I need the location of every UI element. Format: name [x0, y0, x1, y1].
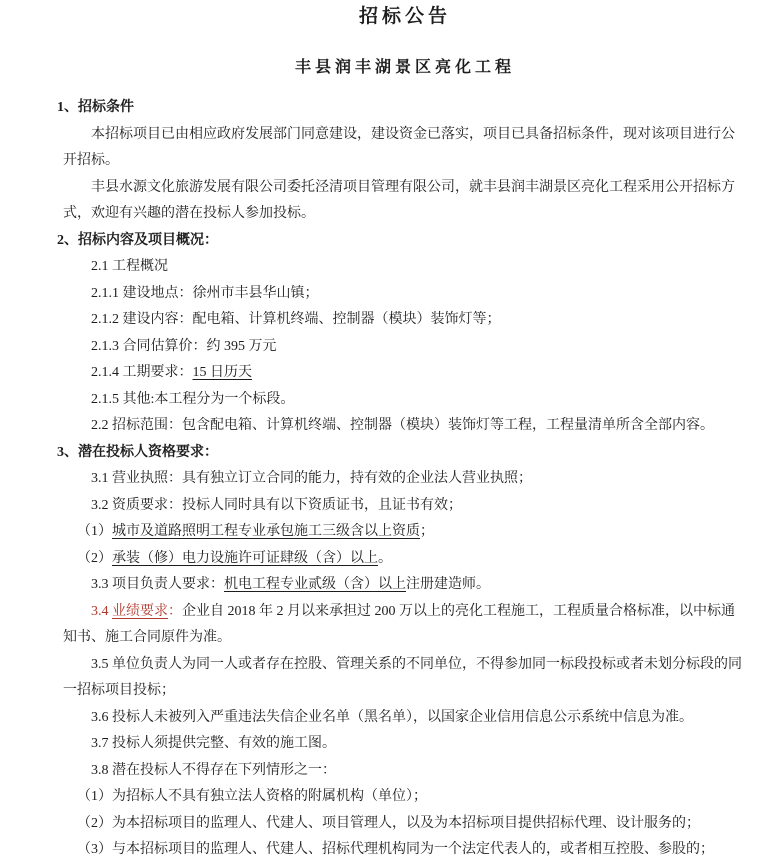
paragraph: 3.1 营业执照：具有独立订立合同的能力，持有效的企业法人营业执照； — [63, 466, 747, 493]
text-segment: 业绩要求 — [112, 604, 168, 619]
text-segment: 3.6 投标人未被列入严重违法失信企业名单（黑名单），以国家企业信用信息公示系统… — [91, 710, 693, 725]
text-segment: （3）与本招标项目的监理人、代建人、招标代理机构同为一个法定代表人的，或者相互控… — [77, 842, 714, 857]
paragraph: 3.8 潜在投标人不得存在下列情形之一： — [63, 758, 747, 785]
text-segment: 3.3 项目负责人要求： — [91, 577, 224, 592]
text-segment: （2） — [77, 551, 112, 566]
paragraph: 2.1.3 合同估算价：约 395 万元 — [63, 334, 747, 361]
text-segment: 2.1.4 工期要求： — [91, 365, 193, 380]
paragraph: 2.1.5 其他:本工程分为一个标段。 — [63, 387, 747, 414]
paragraph: 2.1.4 工期要求：15 日历天 — [63, 360, 747, 387]
text-segment: 机电工程专业贰级（含）以上 — [224, 577, 406, 592]
text-segment: 2.1.5 其他:本工程分为一个标段。 — [91, 392, 294, 407]
paragraph: （1）城市及道路照明工程专业承包施工三级含以上资质； — [63, 519, 747, 546]
paragraph: （3）与本招标项目的监理人、代建人、招标代理机构同为一个法定代表人的，或者相互控… — [63, 837, 747, 858]
document-title: 招标公告 — [63, 5, 747, 29]
tender-announcement-document: 招标公告 丰县润丰湖景区亮化工程 1、招标条件本招标项目已由相应政府发展部门同意… — [0, 0, 760, 858]
text-segment: 城市及道路照明工程专业承包施工三级含以上资质 — [112, 524, 420, 539]
text-segment: 3.7 投标人须提供完整、有效的施工图。 — [91, 736, 336, 751]
text-segment: 注册建造师。 — [406, 577, 490, 592]
paragraph: 3.4 业绩要求：企业自 2018 年 2 月以来承担过 200 万以上的亮化工… — [63, 599, 747, 652]
text-segment: 2、招标内容及项目概况： — [57, 233, 218, 248]
paragraph: （1）为招标人不具有独立法人资格的附属机构（单位）； — [63, 784, 747, 811]
text-segment: 承装（修）电力设施许可证肆级（含）以上 — [112, 551, 378, 566]
section-heading: 3、潜在投标人资格要求： — [57, 440, 747, 467]
text-segment: 丰县水源文化旅游发展有限公司委托泾清项目管理有限公司，就丰县润丰湖景区亮化工程采… — [63, 180, 735, 222]
text-segment: 2.1.2 建设内容：配电箱、计算机终端、控制器（模块）装饰灯等； — [91, 312, 501, 327]
paragraph: 3.7 投标人须提供完整、有效的施工图。 — [63, 731, 747, 758]
text-segment: 2.2 招标范围：包含配电箱、计算机终端、控制器（模块）装饰灯等工程，工程量清单… — [91, 418, 714, 433]
text-segment: 2.1.3 合同估算价：约 395 万元 — [91, 339, 277, 354]
section-heading: 1、招标条件 — [57, 95, 747, 122]
text-segment: 3.2 资质要求：投标人同时具有以下资质证书，且证书有效； — [91, 498, 462, 513]
text-segment: 3.5 单位负责人为同一人或者存在控股、管理关系的不同单位，不得参加同一标段投标… — [63, 657, 742, 699]
paragraph: 2.1.1 建设地点：徐州市丰县华山镇； — [63, 281, 747, 308]
document-subtitle: 丰县润丰湖景区亮化工程 — [63, 57, 747, 79]
text-segment: ； — [420, 524, 434, 539]
paragraph: 2.1 工程概况 — [63, 254, 747, 281]
paragraph: 2.1.2 建设内容：配电箱、计算机终端、控制器（模块）装饰灯等； — [63, 307, 747, 334]
text-segment: 本招标项目已由相应政府发展部门同意建设，建设资金已落实，项目已具备招标条件，现对… — [63, 127, 735, 169]
section-heading: 2、招标内容及项目概况： — [57, 228, 747, 255]
text-segment: 3.8 潜在投标人不得存在下列情形之一： — [91, 763, 336, 778]
text-segment: （2）为本招标项目的监理人、代建人、项目管理人，以及为本招标项目提供招标代理、设… — [77, 816, 700, 831]
text-segment: 2.1.1 建设地点：徐州市丰县华山镇； — [91, 286, 319, 301]
text-segment: （1）为招标人不具有独立法人资格的附属机构（单位）； — [77, 789, 427, 804]
paragraph: 3.3 项目负责人要求：机电工程专业贰级（含）以上注册建造师。 — [63, 572, 747, 599]
paragraph: 3.2 资质要求：投标人同时具有以下资质证书，且证书有效； — [63, 493, 747, 520]
text-segment: 3、潜在投标人资格要求： — [57, 445, 218, 460]
paragraph: （2）为本招标项目的监理人、代建人、项目管理人，以及为本招标项目提供招标代理、设… — [63, 811, 747, 838]
paragraph: 3.5 单位负责人为同一人或者存在控股、管理关系的不同单位，不得参加同一标段投标… — [63, 652, 747, 705]
paragraph: 本招标项目已由相应政府发展部门同意建设，建设资金已落实，项目已具备招标条件，现对… — [63, 122, 747, 175]
text-segment: 3.1 营业执照：具有独立订立合同的能力，持有效的企业法人营业执照； — [91, 471, 532, 486]
paragraph: 3.6 投标人未被列入严重违法失信企业名单（黑名单），以国家企业信用信息公示系统… — [63, 705, 747, 732]
text-segment: 2.1 工程概况 — [91, 259, 168, 274]
text-segment: 3.4 — [91, 604, 112, 619]
paragraph: （2）承装（修）电力设施许可证肆级（含）以上。 — [63, 546, 747, 573]
text-segment: 1、招标条件 — [57, 100, 134, 115]
text-segment: 15 日历天 — [193, 365, 253, 380]
text-segment: （1） — [77, 524, 112, 539]
document-body: 1、招标条件本招标项目已由相应政府发展部门同意建设，建设资金已落实，项目已具备招… — [63, 95, 747, 858]
paragraph: 2.2 招标范围：包含配电箱、计算机终端、控制器（模块）装饰灯等工程，工程量清单… — [63, 413, 747, 440]
text-segment: 。 — [378, 551, 392, 566]
text-segment: ： — [168, 604, 182, 619]
paragraph: 丰县水源文化旅游发展有限公司委托泾清项目管理有限公司，就丰县润丰湖景区亮化工程采… — [63, 175, 747, 228]
